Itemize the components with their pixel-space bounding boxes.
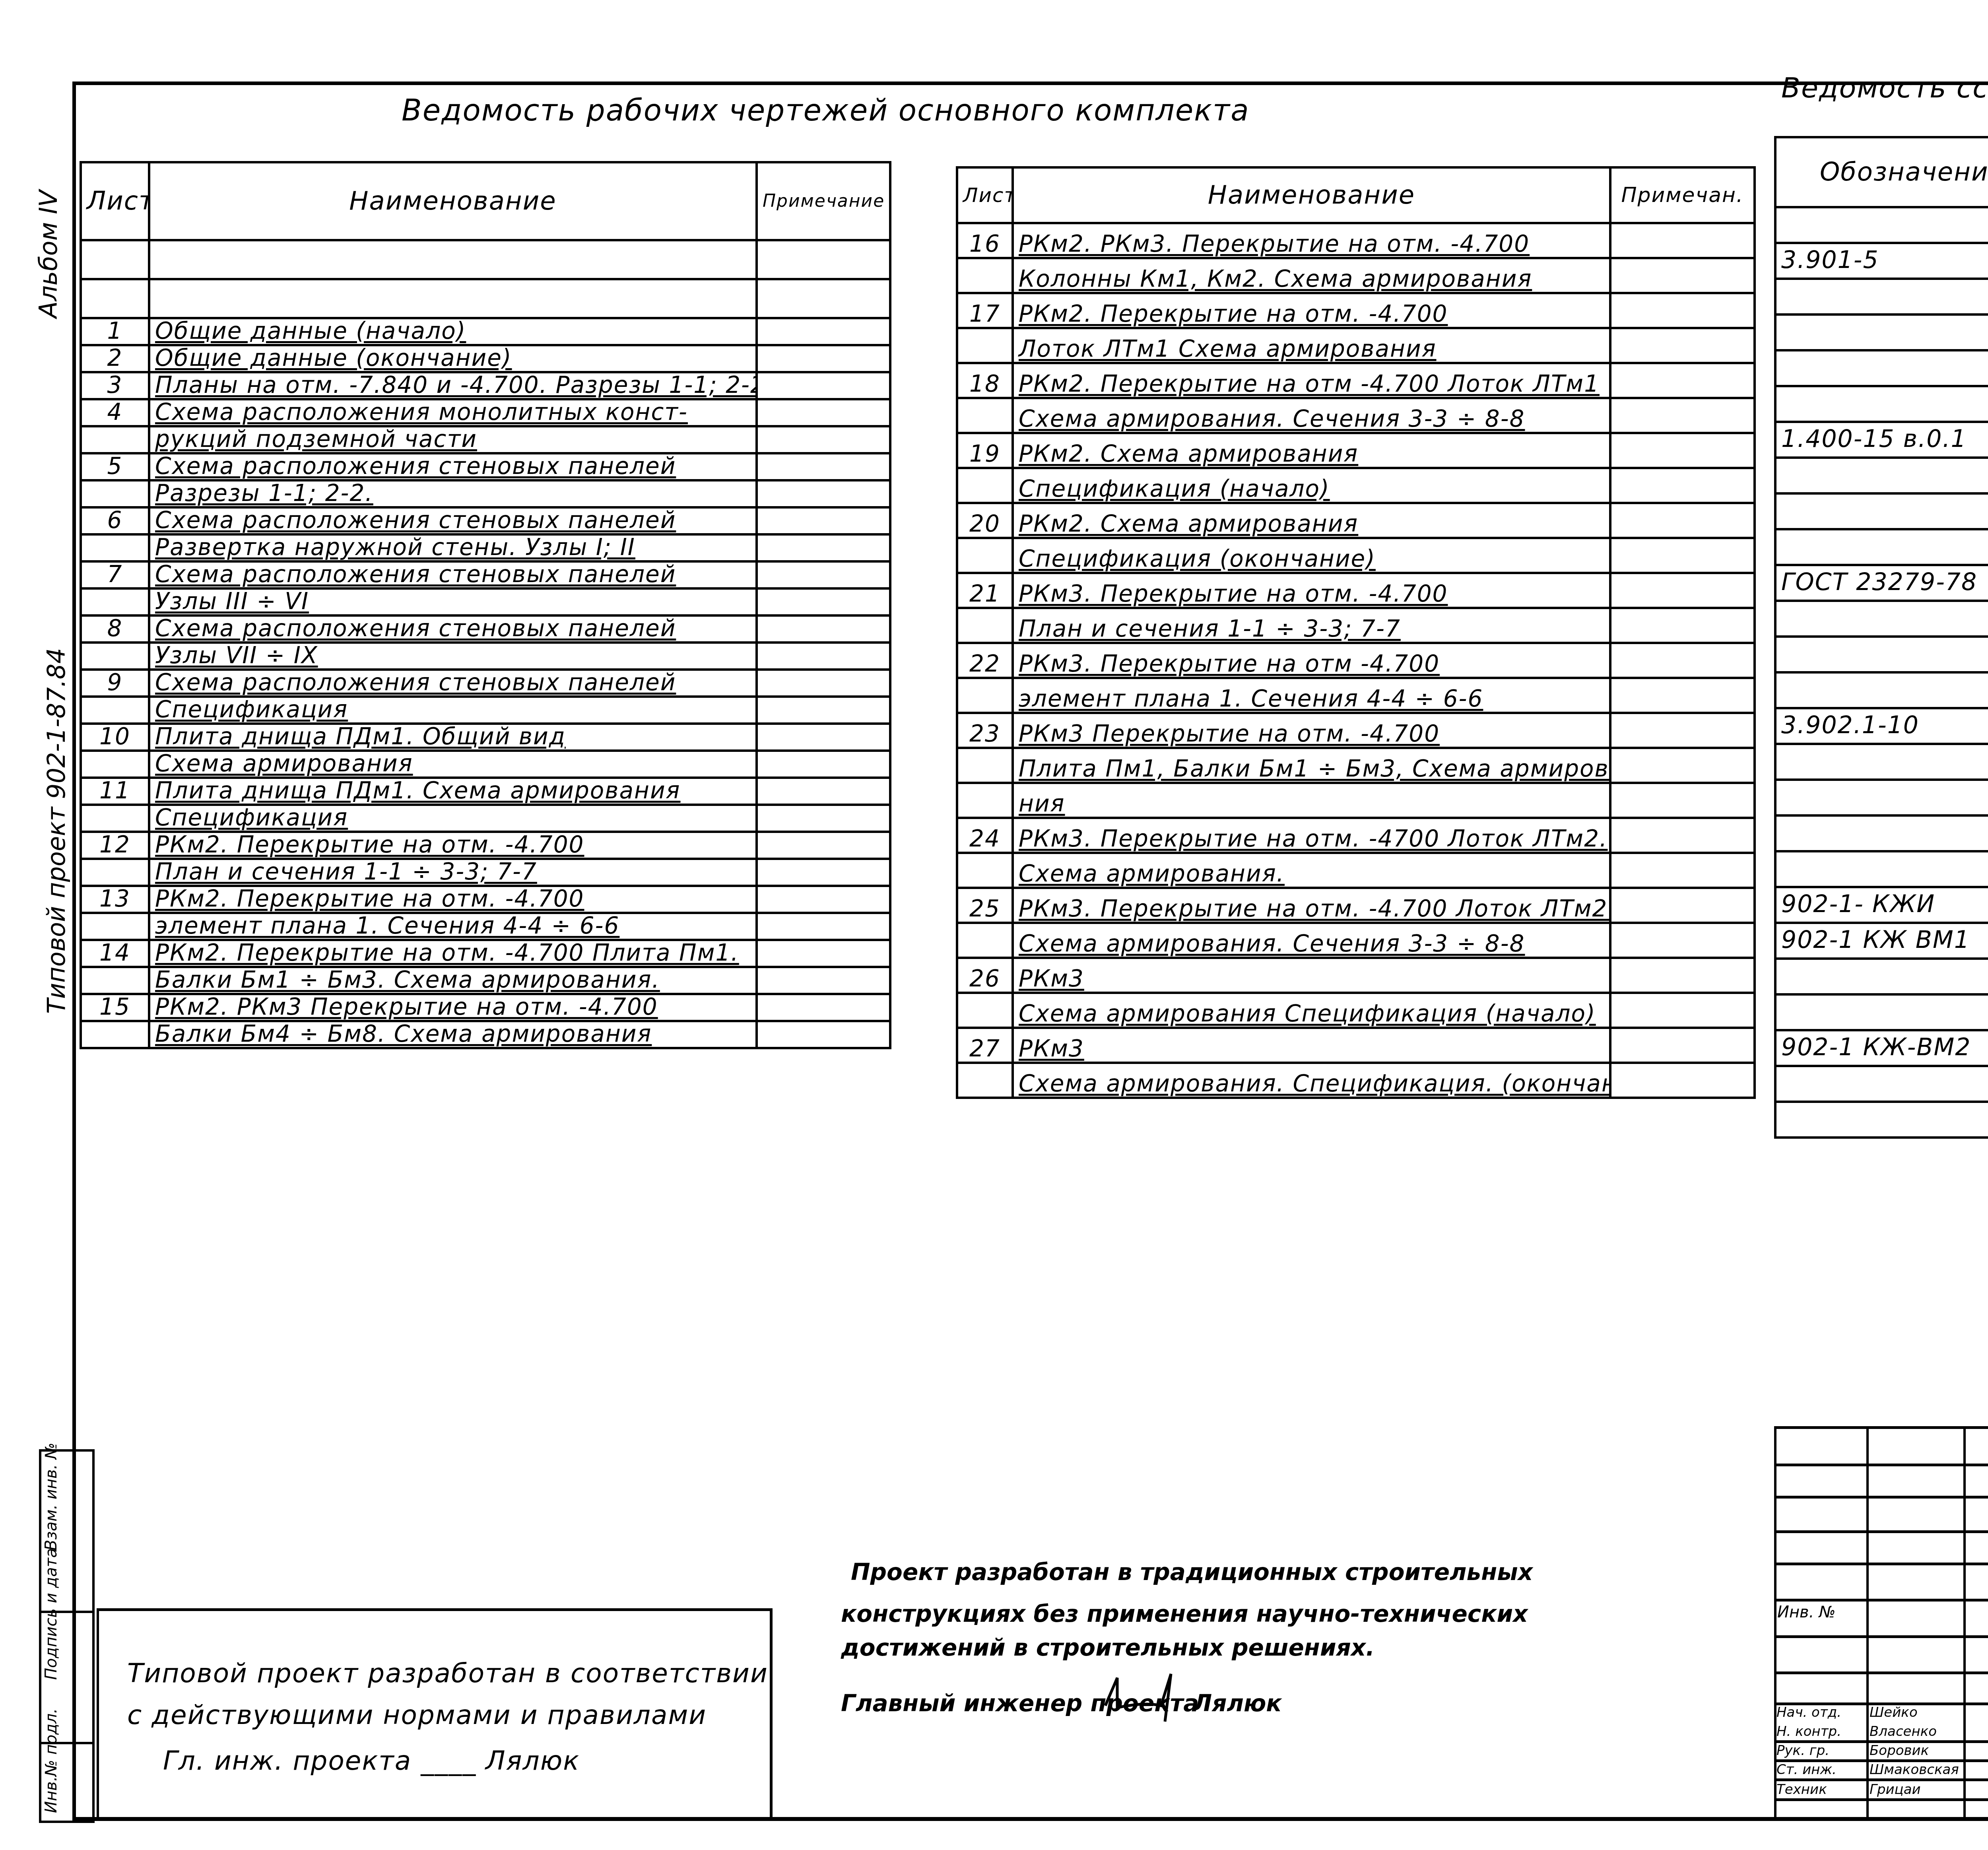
cell-name: Схема армирования Спецификация (начало) — [1013, 993, 1610, 1028]
cell-code — [1775, 815, 1988, 851]
cell-note — [1610, 433, 1755, 468]
name-text: Лоток ЛТм1 Схема армирования — [1019, 335, 1437, 362]
sheet-text: 10 — [99, 724, 130, 750]
sheet-text: 23 — [969, 720, 1000, 747]
table-row: конструкцийал. X — [1775, 1102, 1988, 1138]
cell-note — [757, 615, 890, 643]
cell-sheet: 6 — [81, 507, 149, 534]
table-row: 18РКм2. Перекрытие на отм -4.700 Лоток Л… — [957, 363, 1755, 398]
cell-name: Плита днища ПДм1. Общий вид — [149, 724, 757, 751]
name-text: Планы на отм. -7.840 и -4.700. Разрезы 1… — [155, 372, 757, 398]
cell-note — [1610, 853, 1755, 888]
strip-label-replace: Взам. инв. № — [42, 1442, 60, 1551]
cell-name: РКм2. Перекрытие на отм. -4.700 Плита Пм… — [149, 940, 757, 967]
sheet-text: 9 — [107, 670, 123, 696]
col-code: Обозначение — [1775, 137, 1988, 207]
cell-name: Плита Пм1, Балки Бм1 ÷ Бм3, Схема армиро… — [1013, 748, 1610, 783]
cell-name: РКм3 — [1013, 958, 1610, 993]
table-row: 7Схема расположения стеновых панелей — [81, 561, 890, 588]
cell-name: Плита днища ПДм1. Схема армирования — [149, 778, 757, 805]
code-text: 902-1 КЖ ВМ1 — [1781, 926, 1970, 954]
cell-sheet: 8 — [81, 615, 149, 643]
cell-note — [757, 561, 890, 588]
sheet-text: 5 — [107, 453, 123, 479]
cell-code — [1775, 279, 1988, 314]
table-row: 8Схема расположения стеновых панелей — [81, 615, 890, 643]
cell-sheet: 5 — [81, 453, 149, 480]
name-text: Схема расположения стеновых панелей — [155, 561, 676, 588]
cell-code — [1775, 994, 1988, 1030]
cell-name: РКм2. Схема армирования — [1013, 433, 1610, 468]
cell-sheet — [957, 608, 1013, 643]
cell-code: 3.901-5 — [1775, 243, 1988, 279]
cell-name — [149, 240, 757, 279]
table-row: 11Плита днища ПДм1. Схема армирования — [81, 778, 890, 805]
cell-name: Схема расположения монолитных конст- — [149, 399, 757, 426]
cell-name: Схема армирования. Спецификация. (оконча… — [1013, 1063, 1610, 1098]
table-row: ния — [957, 783, 1755, 818]
sheet-text: 24 — [969, 825, 1000, 852]
cell-note — [757, 697, 890, 724]
name-text: Развертка наружной стены. Узлы I; II — [155, 534, 635, 561]
cell-note — [1610, 503, 1755, 538]
cell-name: Планы на отм. -7.840 и -4.700. Разрезы 1… — [149, 372, 757, 399]
cell-name: Спецификация — [149, 697, 757, 724]
name-text: Балки Бм1 ÷ Бм3. Схема армирования. — [155, 967, 660, 993]
table-row: Схема армирования. Спецификация. (оконча… — [957, 1063, 1755, 1098]
table-row: до 40мм — [1775, 601, 1988, 637]
cell-name: Спецификация — [149, 805, 757, 832]
cell-code — [1775, 959, 1988, 994]
cell-sheet: 20 — [957, 503, 1013, 538]
table-row — [1775, 815, 1988, 851]
cell-sheet — [81, 534, 149, 561]
name-text: РКм3 Перекрытие на отм. -4.700 — [1019, 720, 1440, 747]
name-text: Спецификация — [155, 805, 348, 831]
name-text: Спецификация (окончание) — [1019, 545, 1376, 572]
signature-name: Власенко — [1870, 1724, 1937, 1739]
cell-code — [1775, 386, 1988, 422]
traditional-note-line-3: достижений в строительных решениях. — [841, 1634, 1375, 1661]
cell-name: Общие данные (окончание) — [149, 345, 757, 372]
cell-name: План и сечения 1-1 ÷ 3-3; 7-7 — [1013, 608, 1610, 643]
sheet-text: 1 — [107, 318, 123, 344]
table-row: 3Планы на отм. -7.840 и -4.700. Разрезы … — [81, 372, 890, 399]
cell-code — [1775, 529, 1988, 565]
signature-role: Нач. отд. — [1776, 1704, 1841, 1720]
cell-name: Спецификация (окончание) — [1013, 538, 1610, 573]
cell-note — [757, 372, 890, 399]
name-text: РКм2. Перекрытие на отм. -4.700 — [155, 886, 584, 912]
cell-code — [1775, 458, 1988, 493]
cell-code — [1775, 780, 1988, 815]
cell-note — [757, 751, 890, 778]
table-row: 2Общие данные (окончание) — [81, 345, 890, 372]
sheet-text: 8 — [107, 615, 123, 642]
referenced-documents-title: Ведомость ссылочных прилагаемых документ… — [1781, 72, 1988, 104]
table-row: Спецификация (начало) — [957, 468, 1755, 503]
cell-sheet: 2 — [81, 345, 149, 372]
cell-sheet — [957, 993, 1013, 1028]
cell-note — [1610, 398, 1755, 433]
standards-note-line-2: с действующими нормами и правилами — [127, 1700, 707, 1730]
table-row: 14РКм2. Перекрытие на отм. -4.700 Плита … — [81, 940, 890, 967]
cell-name: РКм3 — [1013, 1028, 1610, 1063]
sheet-text: 3 — [107, 372, 123, 398]
cell-name: РКм2. Перекрытие на отм -4.700 Лоток ЛТм… — [1013, 363, 1610, 398]
table-row: и устройств — [1775, 493, 1988, 529]
album-label: Альбом IV — [34, 190, 63, 318]
table-row: Унифицированные закладные — [1775, 350, 1988, 386]
cell-sheet: 23 — [957, 713, 1013, 748]
working-drawings-title: Ведомость рабочих чертежей основного ком… — [402, 93, 1250, 128]
signature-name: Шейко — [1870, 1704, 1918, 1720]
cell-code: 3.902.1-10 — [1775, 708, 1988, 744]
cell-name: Узлы VII ÷ IX — [149, 643, 757, 670]
cell-sheet — [957, 678, 1013, 713]
strip-label-sign: Подпись и дата — [42, 1548, 60, 1680]
cell-note — [1610, 223, 1755, 258]
table-row: Сборные унифицированные же- — [1775, 637, 1988, 672]
cell-sheet: 11 — [81, 778, 149, 805]
sheet-text: 20 — [969, 510, 1000, 537]
cell-sheet — [81, 240, 149, 279]
cell-note — [757, 670, 890, 697]
sheet-text: 4 — [107, 399, 123, 425]
strip-label-inv: Инв.№ подл. — [42, 1708, 60, 1813]
signature-role: Ст. инж. — [1776, 1762, 1837, 1778]
table-row: 902-1 КЖ ВМ1Ведомость потребности в — [1775, 923, 1988, 959]
cell-name: Общие данные (начало) — [149, 318, 757, 345]
name-text: РКм3. Перекрытие на отм. -4700 Лоток ЛТм… — [1019, 825, 1607, 852]
code-text: 3.902.1-10 — [1781, 711, 1919, 739]
cell-name: Схема армирования. Сечения 3-3 ÷ 8-8 — [1013, 923, 1610, 958]
cell-sheet: 26 — [957, 958, 1013, 993]
cell-name: План и сечения 1-1 ÷ 3-3; 7-7 — [149, 859, 757, 886]
cell-note — [757, 426, 890, 453]
cell-sheet — [81, 913, 149, 940]
cell-code — [1775, 314, 1988, 350]
col-sheet: Лист — [81, 162, 149, 240]
cell-name: РКм3. Перекрытие на отм. -4.700 — [1013, 573, 1610, 608]
name-text: Узлы VII ÷ IX — [155, 643, 318, 669]
col-note: Примечание — [757, 162, 890, 240]
cell-note — [1610, 328, 1755, 363]
cell-sheet — [957, 398, 1013, 433]
table-row: Балки Бм1 ÷ Бм3. Схема армирования. — [81, 967, 890, 994]
col-sheet: Лист — [957, 167, 1013, 223]
name-text: Схема расположения стеновых панелей — [155, 670, 676, 696]
cell-code: 1.400-15 в.0.1 — [1775, 422, 1988, 458]
cell-name: Схема расположения стеновых панелей — [149, 615, 757, 643]
cell-note — [1610, 468, 1755, 503]
name-text: Схема армирования. — [1019, 860, 1285, 887]
cell-note — [757, 279, 890, 318]
cell-note — [757, 940, 890, 967]
table-row: 13РКм2. Перекрытие на отм. -4.700 — [81, 886, 890, 913]
table-row: Колонны Км1, Км2. Схема армирования — [957, 258, 1755, 293]
table-row: 26РКм3 — [957, 958, 1755, 993]
cell-note — [757, 453, 890, 480]
table-row: Спецификация (окончание) — [957, 538, 1755, 573]
name-text: РКм3. Перекрытие на отм. -4.700 Лоток ЛТ… — [1019, 895, 1610, 922]
cell-note — [757, 534, 890, 561]
table-row: Узлы III ÷ VI — [81, 588, 890, 615]
cell-name: Разрезы 1-1; 2-2. — [149, 480, 757, 507]
cell-sheet — [81, 643, 149, 670]
cell-name: РКм2. Схема армирования — [1013, 503, 1610, 538]
cell-sheet — [81, 967, 149, 994]
table-row: Спецификация — [81, 805, 890, 832]
table-row: Спецификация — [81, 697, 890, 724]
cell-sheet: 19 — [957, 433, 1013, 468]
table-row: 22РКм3. Перекрытие на отм -4.700 — [957, 643, 1755, 678]
table-row: 17РКм2. Перекрытие на отм. -4.700 — [957, 293, 1755, 328]
name-text: РКм2. Схема армирования — [1019, 440, 1358, 467]
cell-sheet: 14 — [81, 940, 149, 967]
cell-sheet — [81, 426, 149, 453]
table-row: 10Плита днища ПДм1. Общий вид — [81, 724, 890, 751]
name-text: Балки Бм4 ÷ Бм8. Схема армирования — [155, 1021, 652, 1047]
sheet-text: 6 — [107, 507, 123, 534]
cell-note — [1610, 748, 1755, 783]
cell-sheet: 17 — [957, 293, 1013, 328]
cell-name — [149, 279, 757, 318]
cell-note — [757, 967, 890, 994]
cell-note — [757, 832, 890, 859]
traditional-note-line-1: Проект разработан в традиционных строите… — [851, 1559, 1533, 1586]
cell-name: Балки Бм4 ÷ Бм8. Схема армирования — [149, 1021, 757, 1048]
cell-name: РКм2. РКм3 Перекрытие на отм. -4.700 — [149, 994, 757, 1021]
cell-name: РКм2. Перекрытие на отм. -4.700 — [149, 832, 757, 859]
cell-sheet: 24 — [957, 818, 1013, 853]
cell-sheet — [81, 859, 149, 886]
table-row: 3.901-5Сальники набивные Ду50÷1400 — [1775, 243, 1988, 279]
signature-name: Шмаковская — [1870, 1762, 1959, 1778]
code-text: ГОСТ 23279-78 — [1781, 568, 1977, 596]
signature-role: Рук. гр. — [1776, 1743, 1829, 1759]
cell-note — [757, 724, 890, 751]
cell-name: Схема расположения стеновых панелей — [149, 507, 757, 534]
cell-note — [1610, 993, 1755, 1028]
table-row: 15РКм2. РКм3 Перекрытие на отм. -4.700 — [81, 994, 890, 1021]
sheet-text: 11 — [99, 778, 130, 804]
name-text: РКм3 — [1019, 1035, 1084, 1062]
cell-name: элемент плана 1. Сечения 4-4 ÷ 6-6 — [1013, 678, 1610, 713]
table-row: Разрезы 1-1; 2-2. — [81, 480, 890, 507]
name-text: элемент плана 1. Сечения 4-4 ÷ 6-6 — [1019, 685, 1483, 712]
cell-note — [757, 859, 890, 886]
cell-sheet — [957, 923, 1013, 958]
cell-sheet: 15 — [81, 994, 149, 1021]
table-row: 12РКм2. Перекрытие на отм. -4.700 — [81, 832, 890, 859]
cell-name: РКм3. Перекрытие на отм -4.700 — [1013, 643, 1610, 678]
name-text: РКм2. Перекрытие на отм -4.700 Лоток ЛТм… — [1019, 370, 1600, 397]
signature-name: Грицаи — [1870, 1782, 1921, 1798]
name-text: Схема армирования. Спецификация. (оконча… — [1019, 1070, 1610, 1097]
table-row: технологических коммуникаций — [1775, 458, 1988, 493]
table-row: ных конструкцийал. X — [1775, 994, 1988, 1030]
inv-number-label: Инв. № — [1777, 1603, 1836, 1621]
cell-name: Лоток ЛТм1 Схема армирования — [1013, 328, 1610, 363]
cell-code — [1775, 851, 1988, 887]
cell-name: Колонны Км1, Км2. Схема армирования — [1013, 258, 1610, 293]
sheet-text: 13 — [99, 886, 130, 912]
project-side-label: Типовой проект 902-1-87.84 — [42, 648, 71, 1014]
cell-note — [757, 994, 890, 1021]
code-text: 902-1- КЖИ — [1781, 890, 1935, 918]
sheet-text: 27 — [969, 1035, 1000, 1062]
table-row: 16РКм2. РКм3. Перекрытие на отм. -4.700 — [957, 223, 1755, 258]
cell-sheet: 22 — [957, 643, 1013, 678]
cell-sheet: 10 — [81, 724, 149, 751]
working-drawings-table-left: Лист Наименование Примечание 1Общие данн… — [80, 161, 891, 1049]
sheet-text: 22 — [969, 650, 1000, 677]
sheet-text: 18 — [969, 370, 1000, 397]
cell-sheet: 18 — [957, 363, 1013, 398]
cell-note — [757, 643, 890, 670]
table-row: изделия железобетонных кон- — [1775, 386, 1988, 422]
name-text: РКм3. Перекрытие на отм -4.700 — [1019, 650, 1440, 677]
cell-code: ГОСТ 23279-78 — [1775, 565, 1988, 601]
name-text: Общие данные (окончание) — [155, 345, 512, 371]
cell-sheet — [957, 853, 1013, 888]
cell-note — [757, 588, 890, 615]
table-row — [81, 279, 890, 318]
cell-sheet: 16 — [957, 223, 1013, 258]
code-text: 902-1 КЖ-ВМ2 — [1781, 1033, 1971, 1061]
name-text: Плита Пм1, Балки Бм1 ÷ Бм3, Схема армиро… — [1019, 755, 1610, 782]
name-text: РКм2. РКм3 Перекрытие на отм. -4.700 — [155, 994, 658, 1020]
cell-name: РКм3 Перекрытие на отм. -4.700 — [1013, 713, 1610, 748]
cell-sheet — [81, 588, 149, 615]
cell-note — [757, 318, 890, 345]
chief-engineer-signature-icon — [1101, 1670, 1189, 1726]
referenced-documents-table: Обозначение Наименование Примечан. Ссыло… — [1774, 136, 1988, 1139]
cell-name: Схема армирования — [149, 751, 757, 778]
name-text: Схема армирования Спецификация (начало) — [1019, 1000, 1596, 1027]
table-row: 4Схема расположения монолитных конст- — [81, 399, 890, 426]
table-row: 902-1- КЖИИзделияал. VI — [1775, 887, 1988, 923]
cell-note — [1610, 818, 1755, 853]
cell-note — [1610, 713, 1755, 748]
table-row: 24РКм3. Перекрытие на отм. -4700 Лоток Л… — [957, 818, 1755, 853]
signature-role: Техник — [1776, 1782, 1827, 1798]
table-row: 20РКм2. Схема армирования — [957, 503, 1755, 538]
table-row: План и сечения 1-1 ÷ 3-3; 7-7 — [957, 608, 1755, 643]
name-text: РКм3 — [1019, 965, 1084, 992]
cell-note — [757, 399, 890, 426]
cell-sheet — [957, 468, 1013, 503]
sheet-text: 12 — [99, 832, 130, 858]
cell-name: РКм3. Перекрытие на отм. -4700 Лоток ЛТм… — [1013, 818, 1610, 853]
cell-name: РКм3. Перекрытие на отм. -4.700 Лоток ЛТ… — [1013, 888, 1610, 923]
table-row: элемент плана 1. Сечения 4-4 ÷ 6-6 — [957, 678, 1755, 713]
cell-sheet: 3 — [81, 372, 149, 399]
cell-note — [1610, 888, 1755, 923]
table-row: Лоток ЛТм1 Схема армирования — [957, 328, 1755, 363]
table-row: Схема армирования Спецификация (начало) — [957, 993, 1755, 1028]
cell-sheet: 12 — [81, 832, 149, 859]
cell-note — [757, 1021, 890, 1048]
cell-note — [757, 507, 890, 534]
table-row: Плита Пм1, Балки Бм1 ÷ Бм3, Схема армиро… — [957, 748, 1755, 783]
cell-name: РКм2. Перекрытие на отм. -4.700 — [149, 886, 757, 913]
cell-code — [1775, 637, 1988, 672]
cell-note — [757, 480, 890, 507]
cell-sheet: 27 — [957, 1028, 1013, 1063]
cell-sheet: 9 — [81, 670, 149, 697]
cell-sheet: 13 — [81, 886, 149, 913]
signature-name: Боровик — [1870, 1743, 1929, 1759]
cell-code — [1775, 601, 1988, 637]
table-row: 3.902.1-10ли подземных частей круглых — [1775, 708, 1988, 744]
name-text: рукций подземной части — [155, 426, 477, 452]
sheet-text: 2 — [107, 345, 123, 371]
sheet-text: 26 — [969, 965, 1000, 992]
cell-note — [1610, 258, 1755, 293]
name-text: Спецификация — [155, 697, 348, 723]
table-row: элемент плана 1. Сечения 4-4 ÷ 6-6 — [81, 913, 890, 940]
cell-note — [757, 778, 890, 805]
cell-note — [1610, 573, 1755, 608]
sheet-text: 21 — [969, 580, 1000, 607]
sheet-text: 14 — [99, 940, 130, 966]
cell-code — [1775, 744, 1988, 780]
cell-name: Схема армирования. Сечения 3-3 ÷ 8-8 — [1013, 398, 1610, 433]
cell-name: Балки Бм1 ÷ Бм3. Схема армирования. — [149, 967, 757, 994]
table-row: 23РКм3 Перекрытие на отм. -4.700 — [957, 713, 1755, 748]
table-row: 902-1 КЖ-ВМ2Ведомость потребности в — [1775, 1030, 1988, 1066]
cell-sheet — [957, 748, 1013, 783]
name-text: План и сечения 1-1 ÷ 3-3; 7-7 — [1019, 615, 1401, 642]
table-row: материалах для монолит- — [1775, 959, 1988, 994]
cell-code — [1775, 672, 1988, 708]
table-row: Ссылочные документы — [1775, 207, 1988, 243]
sheet-text: 25 — [969, 895, 1000, 922]
table-row: Узлы VII ÷ IX — [81, 643, 890, 670]
cell-name: Узлы III ÷ VI — [149, 588, 757, 615]
name-text: РКм2. РКм3. Перекрытие на отм. -4.700 — [1019, 230, 1530, 257]
table-row: 27РКм3 — [957, 1028, 1755, 1063]
cell-note — [1610, 923, 1755, 958]
table-row: 6Схема расположения стеновых панелей — [81, 507, 890, 534]
cell-note — [1610, 1028, 1755, 1063]
cell-sheet — [81, 279, 149, 318]
cell-sheet — [81, 751, 149, 778]
cell-name: Развертка наружной стены. Узлы I; II — [149, 534, 757, 561]
table-row: Схема армирования. Сечения 3-3 ÷ 8-8 — [957, 398, 1755, 433]
code-text: 3.901-5 — [1781, 246, 1879, 274]
cell-sheet — [957, 538, 1013, 573]
cell-name: элемент плана 1. Сечения 4-4 ÷ 6-6 — [149, 913, 757, 940]
cell-name: Схема расположения стеновых панелей — [149, 561, 757, 588]
signature-role: Н. контр. — [1776, 1724, 1841, 1739]
cell-note — [1610, 608, 1755, 643]
cell-note — [1610, 958, 1755, 993]
cell-note — [757, 913, 890, 940]
cell-sheet — [81, 697, 149, 724]
name-text: РКм3. Перекрытие на отм. -4.700 — [1019, 580, 1448, 607]
cell-note — [757, 886, 890, 913]
table-row: Балки Бм4 ÷ Бм8. Схема армирования — [81, 1021, 890, 1048]
title-block: Привязан Инв. № ТП 902-1-87.84-КЖ Канали… — [1774, 1426, 1988, 1821]
table-row: ГОСТ 23279-78невой арматуры диаметром — [1775, 565, 1988, 601]
name-text: Схема расположения стеновых панелей — [155, 615, 676, 642]
cell-note — [757, 805, 890, 832]
cell-sheet — [957, 328, 1013, 363]
sheet-text: 16 — [969, 230, 1000, 257]
